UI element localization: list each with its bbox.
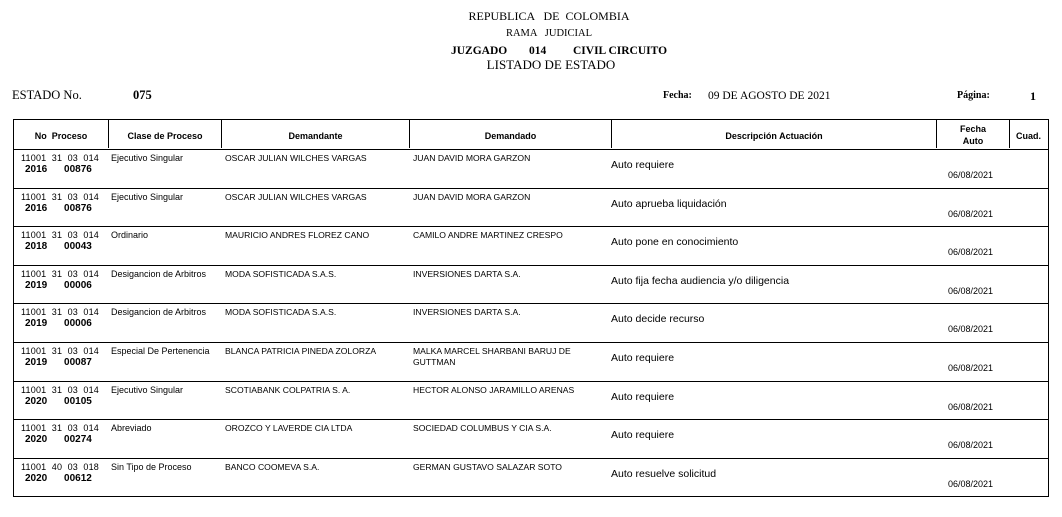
pagina-value: 1: [1030, 89, 1036, 104]
clase-proceso-cell: Ejecutivo Singular: [111, 385, 216, 396]
demandante-cell: SCOTIABANK COLPATRIA S. A.: [225, 385, 405, 396]
demandado-cell: SOCIEDAD COLUMBUS Y CIA S.A.: [413, 423, 603, 434]
fecha-auto-cell: 06/08/2021: [948, 247, 993, 258]
clase-proceso-cell: Especial De Pertenencia: [111, 346, 216, 357]
estado-number: 075: [133, 88, 152, 103]
descripcion-cell: Auto decide recurso: [611, 314, 704, 325]
no-proceso-code: 11001 31 03 014: [21, 269, 99, 280]
no-proceso-year-number: 2019 00087: [21, 357, 99, 368]
table-row: 11001 31 03 014 2016 00876 Ejecutivo Sin…: [14, 189, 1048, 228]
juzgado-label: JUZGADO: [451, 45, 507, 57]
demandado-cell: INVERSIONES DARTA S.A.: [413, 307, 603, 318]
col-clase-proceso: Clase de Proceso: [109, 120, 222, 148]
fecha-auto-cell: 06/08/2021: [948, 363, 993, 374]
demandante-cell: OSCAR JULIAN WILCHES VARGAS: [225, 153, 405, 164]
fecha-label: Fecha:: [663, 90, 692, 101]
descripcion-cell: Auto requiere: [611, 160, 674, 171]
table-row: 11001 31 03 014 2018 00043 Ordinario MAU…: [14, 227, 1048, 266]
clase-proceso-cell: Desigancion de Arbitros: [111, 269, 216, 280]
no-proceso-year-number: 2019 00006: [21, 280, 99, 291]
demandado-cell: GERMAN GUSTAVO SALAZAR SOTO: [413, 462, 603, 473]
fecha-auto-cell: 06/08/2021: [948, 402, 993, 413]
col-demandante: Demandante: [222, 120, 410, 148]
no-proceso-year-number: 2016 00876: [21, 164, 99, 175]
no-proceso-cell: 11001 31 03 014 2019 00006: [21, 307, 99, 329]
juzgado-number: 014: [529, 45, 546, 57]
estado-table: No Proceso Clase de Proceso Demandante D…: [13, 119, 1049, 497]
demandante-cell: MODA SOFISTICADA S.A.S.: [225, 269, 405, 280]
no-proceso-code: 11001 31 03 014: [21, 307, 99, 318]
no-proceso-year-number: 2020 00612: [21, 473, 99, 484]
table-row: 11001 31 03 014 2016 00876 Ejecutivo Sin…: [14, 150, 1048, 189]
fecha-auto-cell: 06/08/2021: [948, 440, 993, 451]
descripcion-cell: Auto aprueba liquidación: [611, 199, 727, 210]
col-fecha-auto: Fecha Auto: [937, 120, 1010, 148]
fecha-auto-cell: 06/08/2021: [948, 479, 993, 490]
col-demandado: Demandado: [410, 120, 612, 148]
descripcion-cell: Auto requiere: [611, 430, 674, 441]
table-row: 11001 40 03 018 2020 00612 Sin Tipo de P…: [14, 459, 1048, 498]
clase-proceso-cell: Abreviado: [111, 423, 216, 434]
no-proceso-code: 11001 31 03 014: [21, 385, 99, 396]
table-row: 11001 31 03 014 2019 00006 Desigancion d…: [14, 304, 1048, 343]
clase-proceso-cell: Ejecutivo Singular: [111, 192, 216, 203]
no-proceso-year-number: 2020 00105: [21, 396, 99, 407]
clase-proceso-cell: Desigancion de Arbitros: [111, 307, 216, 318]
table-row: 11001 31 03 014 2020 00274 Abreviado ORO…: [14, 420, 1048, 459]
col-cuad: Cuad.: [1010, 120, 1047, 148]
demandado-cell: JUAN DAVID MORA GARZON: [413, 153, 603, 164]
demandado-cell: MALKA MARCEL SHARBANI BARUJ DE GUTTMAN: [413, 346, 603, 368]
demandante-cell: OROZCO Y LAVERDE CIA LTDA: [225, 423, 405, 434]
demandado-cell: JUAN DAVID MORA GARZON: [413, 192, 603, 203]
demandado-cell: INVERSIONES DARTA S.A.: [413, 269, 603, 280]
table-row: 11001 31 03 014 2019 00006 Desigancion d…: [14, 266, 1048, 305]
no-proceso-year-number: 2018 00043: [21, 241, 99, 252]
demandante-cell: BANCO COOMEVA S.A.: [225, 462, 405, 473]
demandante-cell: BLANCA PATRICIA PINEDA ZOLORZA: [225, 346, 405, 357]
demandante-cell: OSCAR JULIAN WILCHES VARGAS: [225, 192, 405, 203]
fecha-auto-cell: 06/08/2021: [948, 209, 993, 220]
clase-proceso-cell: Sin Tipo de Proceso: [111, 462, 216, 473]
no-proceso-code: 11001 31 03 014: [21, 423, 99, 434]
demandado-cell: HECTOR ALONSO JARAMILLO ARENAS: [413, 385, 603, 396]
col-no-proceso: No Proceso: [14, 120, 109, 148]
no-proceso-code: 11001 31 03 014: [21, 346, 99, 357]
descripcion-cell: Auto pone en conocimiento: [611, 237, 738, 248]
descripcion-cell: Auto requiere: [611, 392, 674, 403]
no-proceso-code: 11001 31 03 014: [21, 153, 99, 164]
clase-proceso-cell: Ejecutivo Singular: [111, 153, 216, 164]
estado-label: ESTADO No.: [12, 88, 82, 103]
descripcion-cell: Auto fija fecha audiencia y/o diligencia: [611, 276, 789, 287]
fecha-auto-cell: 06/08/2021: [948, 170, 993, 181]
no-proceso-cell: 11001 40 03 018 2020 00612: [21, 462, 99, 484]
no-proceso-cell: 11001 31 03 014 2019 00087: [21, 346, 99, 368]
no-proceso-year-number: 2020 00274: [21, 434, 99, 445]
juzgado-type: CIVIL CIRCUITO: [573, 45, 667, 57]
no-proceso-code: 11001 40 03 018: [21, 462, 99, 473]
demandante-cell: MODA SOFISTICADA S.A.S.: [225, 307, 405, 318]
no-proceso-code: 11001 31 03 014: [21, 230, 99, 241]
col-descripcion: Descripción Actuación: [612, 120, 937, 148]
fecha-auto-cell: 06/08/2021: [948, 286, 993, 297]
fecha-auto-cell: 06/08/2021: [948, 324, 993, 335]
no-proceso-cell: 11001 31 03 014 2019 00006: [21, 269, 99, 291]
table-header: No Proceso Clase de Proceso Demandante D…: [14, 120, 1048, 150]
demandante-cell: MAURICIO ANDRES FLOREZ CANO: [225, 230, 405, 241]
no-proceso-cell: 11001 31 03 014 2020 00274: [21, 423, 99, 445]
header-rama: RAMA JUDICIAL: [0, 28, 1062, 39]
descripcion-cell: Auto requiere: [611, 353, 674, 364]
no-proceso-cell: 11001 31 03 014 2016 00876: [21, 192, 99, 214]
clase-proceso-cell: Ordinario: [111, 230, 216, 241]
header-republica: REPUBLICA DE COLOMBIA: [0, 9, 1062, 24]
pagina-label: Página:: [957, 90, 990, 101]
table-row: 11001 31 03 014 2020 00105 Ejecutivo Sin…: [14, 382, 1048, 421]
table-row: 11001 31 03 014 2019 00087 Especial De P…: [14, 343, 1048, 382]
demandado-cell: CAMILO ANDRE MARTINEZ CRESPO: [413, 230, 603, 241]
descripcion-cell: Auto resuelve solicitud: [611, 469, 716, 480]
fecha-value: 09 DE AGOSTO DE 2021: [708, 90, 830, 102]
no-proceso-cell: 11001 31 03 014 2016 00876: [21, 153, 99, 175]
no-proceso-cell: 11001 31 03 014 2018 00043: [21, 230, 99, 252]
no-proceso-code: 11001 31 03 014: [21, 192, 99, 203]
no-proceso-year-number: 2019 00006: [21, 318, 99, 329]
no-proceso-year-number: 2016 00876: [21, 203, 99, 214]
no-proceso-cell: 11001 31 03 014 2020 00105: [21, 385, 99, 407]
listado-title: LISTADO DE ESTADO: [0, 57, 1062, 73]
